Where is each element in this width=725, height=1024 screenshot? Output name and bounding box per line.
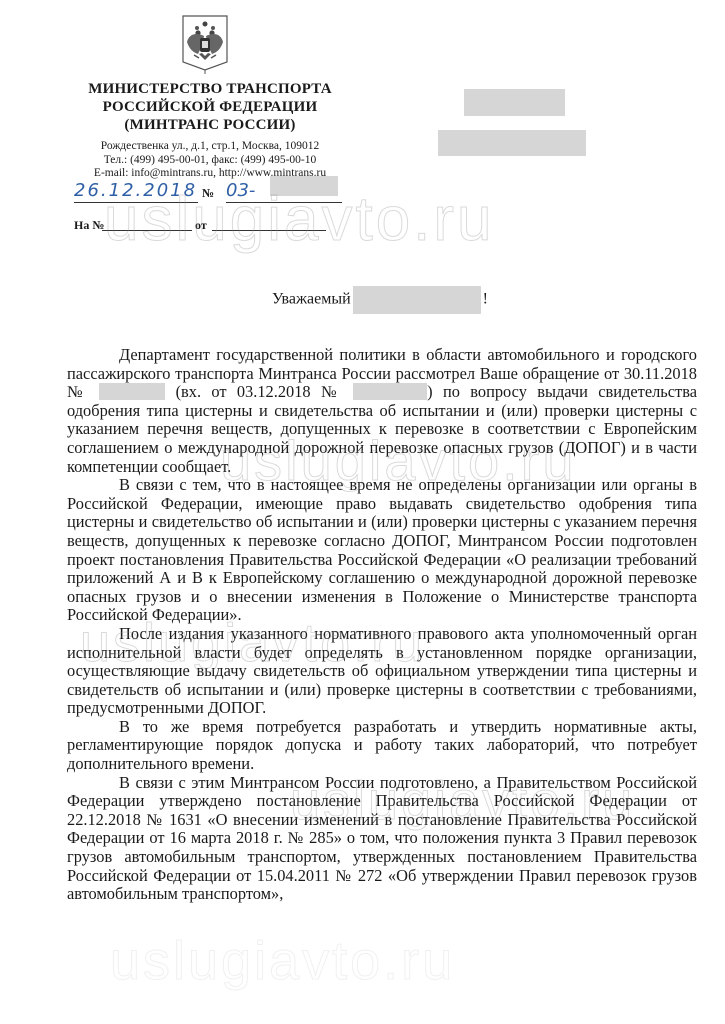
recipient-redaction-1 <box>464 89 565 116</box>
watermark: uslugiavto.ru <box>110 930 455 992</box>
reference-line: На № от <box>74 218 334 234</box>
registration-date: 26.12.2018 <box>74 180 198 203</box>
ministry-address: Рождественка ул., д.1, стр.1, Москва, 10… <box>60 140 360 181</box>
reference-date-blank <box>212 230 326 231</box>
reference-number-blank <box>102 230 192 231</box>
contact-phone-line: Тел.: (499) 495-00-01, факс: (499) 495-0… <box>60 154 360 168</box>
redaction-box <box>270 176 338 196</box>
recipient-redaction-2 <box>438 130 586 156</box>
paragraph-1-text-b: (вх. от 03.12.2018 № <box>176 382 343 401</box>
coat-of-arms-icon <box>180 14 230 76</box>
ministry-line: (МИНТРАНС РОССИИ) <box>60 116 360 134</box>
ministry-name: МИНИСТЕРСТВО ТРАНСПОРТА РОССИЙСКОЙ ФЕДЕР… <box>60 80 360 134</box>
address-line: Рождественка ул., д.1, стр.1, Москва, 10… <box>60 140 360 154</box>
ministry-line: РОССИЙСКОЙ ФЕДЕРАЦИИ <box>60 98 360 116</box>
paragraph-4: В то же время потребуется разработать и … <box>67 718 697 774</box>
ministry-line: МИНИСТЕРСТВО ТРАНСПОРТА <box>60 80 360 98</box>
registration-number: 03- <box>226 180 342 203</box>
registration-line: 26.12.2018 № 03- <box>74 180 344 206</box>
recipient-name-redaction <box>353 286 481 314</box>
letter-page: МИНИСТЕРСТВО ТРАНСПОРТА РОССИЙСКОЙ ФЕДЕР… <box>0 0 725 1024</box>
salutation-prefix: Уважаемый <box>272 291 351 308</box>
paragraph-5: В связи с этим Минтрансом России подгото… <box>67 774 697 904</box>
registration-number-text: 03- <box>226 180 255 201</box>
paragraph-3: После издания указанного нормативного пр… <box>67 625 697 718</box>
salutation-suffix: ! <box>483 291 488 308</box>
letter-body: Департамент государственной политики в о… <box>67 346 697 904</box>
request-number-redaction <box>99 383 165 400</box>
salutation: Уважаемый! <box>272 286 488 314</box>
registration-number-label: № <box>202 186 214 201</box>
reference-number-label: На № <box>74 218 104 233</box>
reference-from-label: от <box>195 218 207 233</box>
incoming-number-redaction <box>353 383 427 400</box>
paragraph-1: Департамент государственной политики в о… <box>67 346 697 476</box>
paragraph-2: В связи с тем, что в настоящее время не … <box>67 476 697 625</box>
